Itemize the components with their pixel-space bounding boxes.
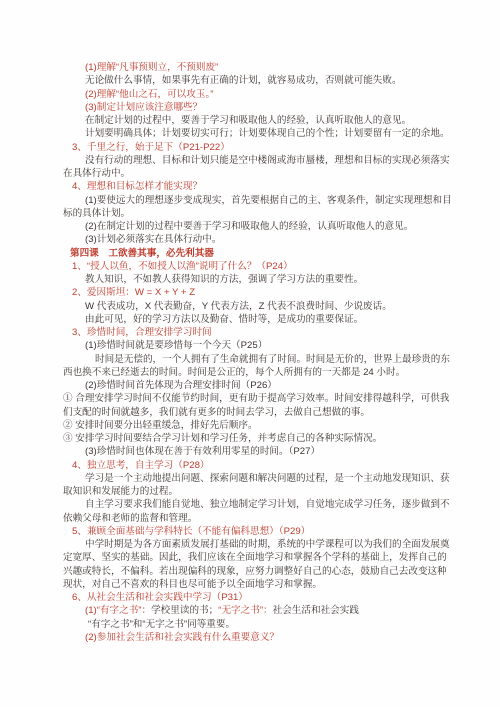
list-item: ③ 安排学习时间要结合学习计划和学习任务，并考虑自己的各种实际情况。 — [63, 432, 453, 445]
note-line: “有字之书”和“无字之书”同等重要。 — [88, 618, 453, 631]
point-item: (3)制定计划应该注意哪些？ — [85, 101, 453, 114]
section-heading: 6、从社会生活和社会实践中学习（P31） — [72, 591, 453, 604]
text-segment: “无字之书”： — [218, 605, 272, 616]
text-segment: 学校里读的书； — [151, 605, 218, 616]
section-heading: 1、“授人以鱼，不如授人以渔”说明了什么？（P24） — [72, 260, 453, 273]
paragraph: 没有行动的理想、目标和计划只能是空中楼阁或海市蜃楼，理想和目标的实现必须落实在具… — [63, 154, 453, 181]
point-item: (2)理解“他山之石，可以攻玉。” — [85, 88, 453, 101]
point-item: (2)参加社会生活和社会实践有什么重要意义？ — [85, 631, 453, 644]
section-heading: 4、独立思考，自主学习（P28） — [72, 459, 453, 472]
point-item: (1)理解“凡事预则立，不预则废” — [85, 61, 453, 74]
point-item: (3)珍惜时间也体现在善于有效利用零星的时间。（P27） — [85, 445, 453, 458]
point-item: W 代表成功，X 代表勤奋，Y 代表方法，Z 代表不浪费时间、少说废话。 — [85, 300, 453, 313]
lesson-title: 第四课 工欲善其事，必先利其器 — [70, 247, 453, 260]
paragraph: 在制定计划的过程中，要善于学习和吸取他人的经验，认真听取他人的意见。 — [63, 114, 453, 127]
document-page: (1)理解“凡事预则立，不预则废”无论做什么事情，如果事先有正确的计划，就容易成… — [0, 0, 500, 707]
paragraph: 学习是一个主动地提出问题、探索问题和解决问题的过程，是一个主动地发现知识、获取知… — [63, 472, 453, 499]
point-item: (2)在制定计划的过程中要善于学习和吸取他人的经验，认真听取他人的意见。 — [85, 220, 453, 233]
point-item: (3)计划必须落实在具体行动中。 — [85, 233, 453, 246]
paragraph: (1)要使远大的理想逐步变成现实，首先要根据自己的主、客观条件，制定实现理想和目… — [63, 194, 453, 221]
paragraph: 教人知识，不如教人获得知识的方法，强调了学习方法的重要性。 — [63, 273, 453, 286]
document-content: (1)理解“凡事预则立，不预则废”无论做什么事情，如果事先有正确的计划，就容易成… — [63, 61, 453, 644]
paragraph: 时间是无偿的，一个人拥有了生命就拥有了时间。时间是无价的，世界上最珍贵的东西也换… — [63, 353, 453, 380]
text-segment: 社会生活和社会实践 — [273, 605, 359, 616]
list-item: ① 合理安排学习时间不仅能节约时间，更有助于提高学习效率。时间安排得越科学，可供… — [63, 392, 453, 419]
section-heading: 2、爱因斯坦：W = X + Y + Z — [72, 286, 453, 299]
paragraph: 中学时期是为各方面素质发展打基础的时期，系统的中学课程可以为我们的全面发展奠定宽… — [63, 538, 453, 591]
text-segment: (1)“有字之书”： — [85, 605, 151, 616]
paragraph: 计划要明确具体；计划要切实可行；计划要体现自己的个性；计划要留有一定的余地。 — [63, 127, 453, 140]
section-heading: 3、千里之行，始于足下（P21-P22） — [72, 141, 453, 154]
point-item: 由此可见，好的学习方法以及勤奋、惜时等，是成功的重要保证。 — [85, 313, 453, 326]
section-heading: 5、兼顾全面基础与学科特长（不能有偏科思想）（P29） — [72, 525, 453, 538]
section-heading: 3、珍惜时间，合理安排学习时间 — [72, 326, 453, 339]
point-item: (1)珍惜时间就是要珍惜每一个今天（P25） — [85, 339, 453, 352]
paragraph: 无论做什么事情，如果事先有正确的计划，就容易成功，否则就可能失败。 — [63, 74, 453, 87]
section-heading: 4、理想和目标怎样才能实现？ — [72, 180, 453, 193]
point-item: (2)珍惜时间首先体现为合理安排时间（P26） — [85, 379, 453, 392]
list-item: ② 安排时间要分出轻重缓急，排好先后顺序。 — [63, 419, 453, 432]
definition-line: (1)“有字之书”：学校里读的书；“无字之书”：社会生活和社会实践 — [85, 604, 453, 617]
paragraph: 自主学习要求我们能自觉地、独立地制定学习计划，自觉地完成学习任务，逐步做到不依赖… — [63, 498, 453, 525]
